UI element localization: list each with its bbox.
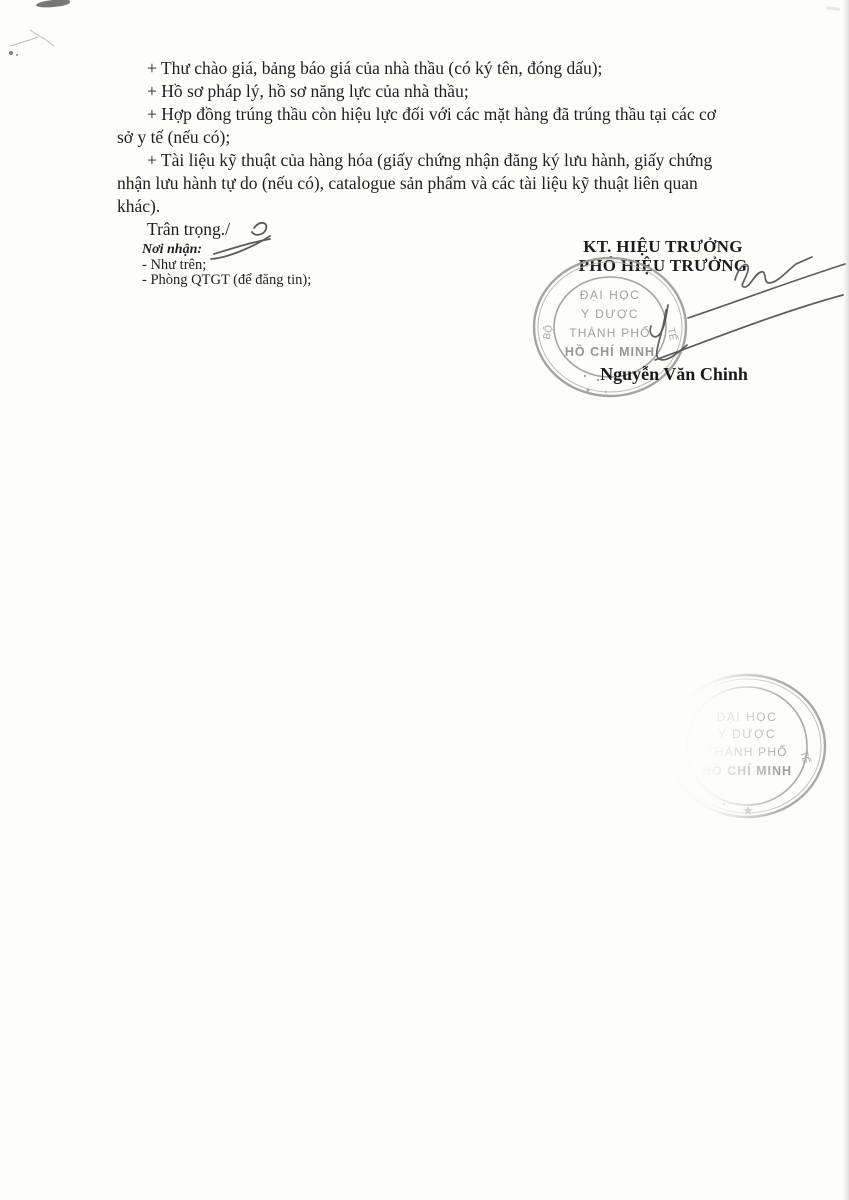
stamp-ring-left: BỘ bbox=[540, 324, 555, 341]
stamp-line4: HỒ CHÍ MINH bbox=[702, 763, 792, 778]
scanned-document-page: + Thư chào giá, bảng báo giá của nhà thầ… bbox=[0, 0, 849, 1200]
stamp-line2: Y DƯỢC bbox=[718, 727, 776, 741]
stamp-star-icon: ★ bbox=[742, 803, 754, 818]
recipient-item: - Phòng QTGT (để đăng tin); bbox=[142, 273, 311, 288]
stamp-line3: THÀNH PHỐ bbox=[706, 744, 787, 759]
scan-edge-shadow bbox=[843, 0, 849, 1200]
signer-name: Nguyễn Văn Chinh bbox=[564, 364, 784, 385]
body-line: + Tài liệu kỹ thuật của hàng hóa (giấy c… bbox=[117, 149, 779, 172]
recipients-block: Nơi nhận: - Như trên; - Phòng QTGT (để đ… bbox=[142, 242, 311, 288]
scan-artifact-dash bbox=[826, 6, 840, 11]
scan-artifact-scratches bbox=[2, 20, 82, 68]
scan-artifact-smudge bbox=[36, 0, 70, 8]
stamp-ring-right: TẾ bbox=[798, 750, 813, 766]
body-line: sở y tế (nếu có); bbox=[117, 126, 779, 149]
body-line: nhận lưu hành tự do (nếu có), catalogue … bbox=[117, 172, 779, 195]
body-line: + Thư chào giá, bảng báo giá của nhà thầ… bbox=[117, 57, 779, 80]
recipient-item: - Như trên; bbox=[142, 258, 311, 273]
recipients-label: Nơi nhận: bbox=[142, 242, 311, 258]
stamp-line1: ĐẠI HỌC bbox=[717, 710, 778, 724]
handwritten-signature bbox=[560, 240, 849, 380]
body-line: + Hồ sơ pháp lý, hồ sơ năng lực của nhà … bbox=[117, 80, 779, 103]
faded-round-stamp: ĐẠI HỌC Y DƯỢC THÀNH PHỐ HỒ CHÍ MINH TẾ … bbox=[662, 664, 834, 830]
body-line: + Hợp đồng trúng thầu còn hiệu lực đối v… bbox=[117, 103, 779, 126]
